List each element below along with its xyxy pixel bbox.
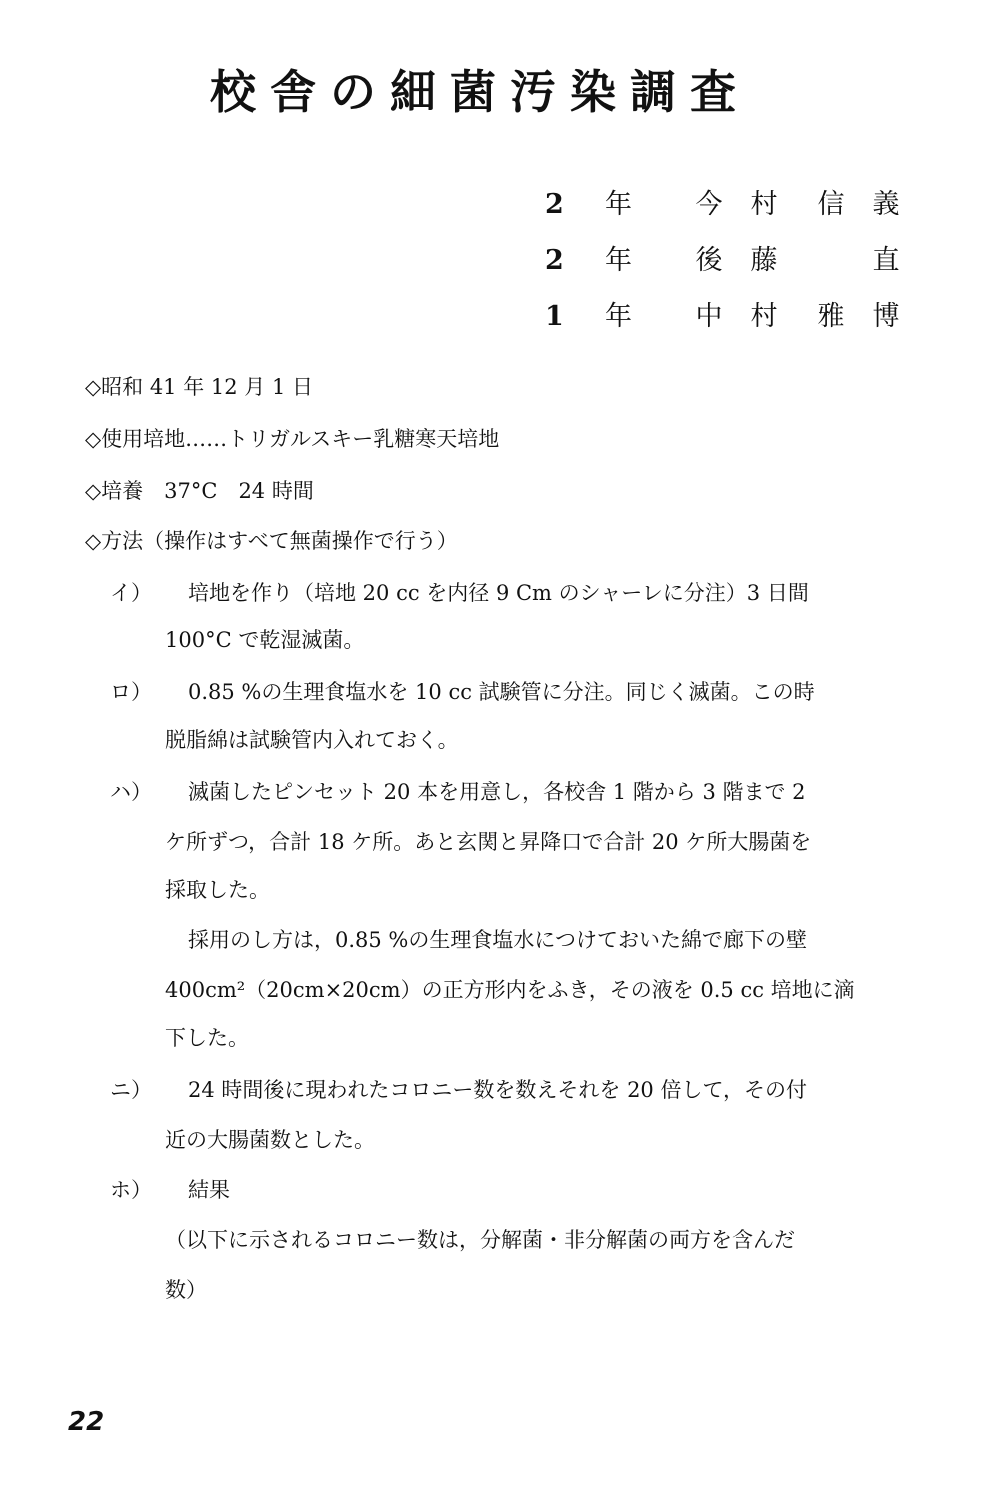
- author-name-char: 今: [693, 180, 725, 230]
- item-line: 0.85 %の生理食塩水を 10 cc 試験管に分注。同じく滅菌。この時: [188, 677, 815, 707]
- item-line: 採取した。: [165, 875, 270, 905]
- page-title: 校舎の細菌汚染調査: [200, 62, 760, 122]
- item-line: 24 時間後に現われたコロニー数を数えそれを 20 倍して，その付: [188, 1075, 807, 1105]
- meta-method: ◇方法（操作はすべて無菌操作で行う）: [85, 526, 458, 556]
- author-grade: 2: [545, 180, 565, 230]
- item-line: 数）: [165, 1275, 207, 1305]
- item-marker: ハ）: [110, 777, 152, 807]
- author-name-char: 中: [693, 292, 725, 342]
- item-line: 培地を作り（培地 20 cc を内径 9 Cm のシャーレに分注）3 日間: [188, 578, 809, 608]
- author-name-char: 博: [870, 292, 902, 342]
- item-line: 結果: [188, 1175, 230, 1205]
- item-line: 100°C で乾湿滅菌。: [165, 625, 364, 655]
- meta-culture: ◇培養 37°C 24 時間: [85, 476, 314, 506]
- meta-date: ◇昭和 41 年 12 月 1 日: [85, 372, 313, 402]
- page-number: 22: [68, 1407, 104, 1437]
- item-line: 滅菌したピンセット 20 本を用意し，各校舎 1 階から 3 階まで 2: [188, 777, 806, 807]
- item-line: 近の大腸菌数とした。: [165, 1125, 375, 1155]
- author-name-char: 直: [870, 236, 902, 286]
- author-name-char: 雅: [815, 292, 847, 342]
- item-line: 400cm²（20cm×20cm）の正方形内をふき，その液を 0.5 cc 培地…: [165, 975, 855, 1005]
- author-name-char: 村: [748, 292, 780, 342]
- meta-medium: ◇使用培地……トリガルスキー乳糖寒天培地: [85, 424, 499, 454]
- author-grade: 1: [545, 292, 565, 342]
- author-name-char: 信: [815, 180, 847, 230]
- item-line: 下した。: [165, 1023, 249, 1053]
- author-name-char: 義: [870, 180, 902, 230]
- item-marker: ロ）: [110, 677, 152, 707]
- author-name-char: 藤: [748, 236, 780, 286]
- item-marker: イ）: [110, 578, 152, 608]
- author-name-char: 村: [748, 180, 780, 230]
- item-marker: ニ）: [110, 1075, 152, 1105]
- item-line: 採用のし方は，0.85 %の生理食塩水につけておいた綿で廊下の壁: [188, 925, 807, 955]
- item-marker: ホ）: [110, 1175, 152, 1205]
- author-grade: 2: [545, 236, 565, 286]
- author-name-char: 後: [693, 236, 725, 286]
- item-line: 脱脂綿は試験管内入れておく。: [165, 725, 459, 755]
- author-year-label: 年: [605, 180, 632, 230]
- author-year-label: 年: [605, 236, 632, 286]
- author-year-label: 年: [605, 292, 632, 342]
- item-line: ケ所ずつ，合計 18 ケ所。あと玄関と昇降口で合計 20 ケ所大腸菌を: [165, 827, 811, 857]
- item-line: （以下に示されるコロニー数は，分解菌・非分解菌の両方を含んだ: [165, 1225, 795, 1255]
